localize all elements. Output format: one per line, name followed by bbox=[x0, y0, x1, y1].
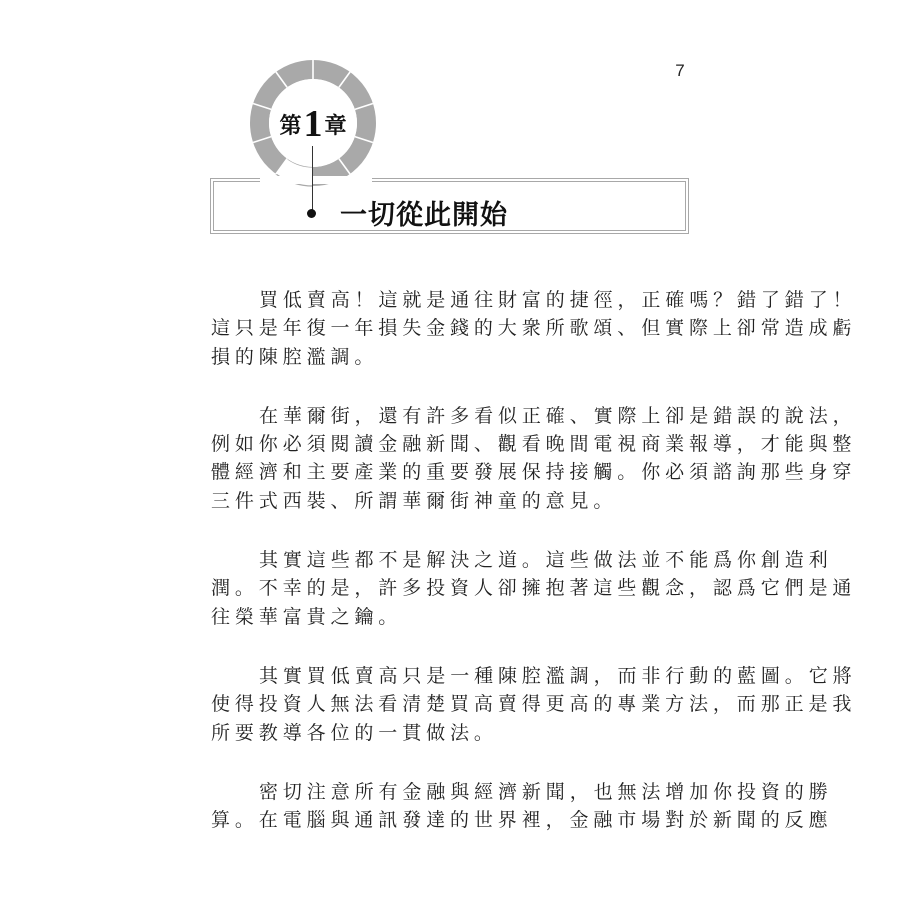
chapter-prefix: 第 bbox=[279, 113, 301, 139]
body-text: 買低賣高！這就是通往財富的捷徑，正確嗎？錯了錯了！ 這只是年復一年損失金錢的大衆… bbox=[211, 286, 701, 865]
text-line: 算。在電腦與通訊發達的世界裡，金融市場對於新聞的反應 bbox=[211, 806, 701, 834]
text-line: 三件式西裝、所謂華爾街神童的意見。 bbox=[211, 487, 701, 515]
chapter-title: 一切從此開始 bbox=[340, 193, 508, 232]
text-line: 所要教導各位的一貫做法。 bbox=[211, 719, 701, 747]
paragraph-5: 密切注意所有金融與經濟新聞，也無法增加你投資的勝 算。在電腦與通訊發達的世界裡，… bbox=[211, 778, 701, 835]
text-line: 體經濟和主要產業的重要發展保持接觸。你必須諮詢那些身穿 bbox=[211, 458, 701, 486]
bullet-dot-icon bbox=[307, 209, 316, 218]
paragraph-4: 其實買低賣高只是一種陳腔濫調，而非行動的藍圖。它將 使得投資人無法看清楚買高賣得… bbox=[211, 662, 701, 747]
chapter-badge: 第1章 bbox=[248, 58, 378, 188]
text-line: 例如你必須閱讀金融新聞、觀看晚間電視商業報導，才能與整 bbox=[211, 430, 701, 458]
text-line: 損的陳腔濫調。 bbox=[211, 343, 701, 371]
text-line: 使得投資人無法看清楚買高賣得更高的專業方法，而那正是我 bbox=[211, 690, 701, 718]
text-line: 在華爾街，還有許多看似正確、實際上卻是錯誤的說法， bbox=[211, 402, 701, 430]
page-number: 7 bbox=[672, 61, 688, 81]
paragraph-2: 在華爾街，還有許多看似正確、實際上卻是錯誤的說法， 例如你必須閱讀金融新聞、觀看… bbox=[211, 402, 701, 515]
text-line: 其實這些都不是解決之道。這些做法並不能爲你創造利 bbox=[211, 546, 701, 574]
text-line: 其實買低賣高只是一種陳腔濫調，而非行動的藍圖。它將 bbox=[211, 662, 701, 690]
text-line: 這只是年復一年損失金錢的大衆所歌頌、但實際上卻常造成虧 bbox=[211, 314, 701, 342]
paragraph-3: 其實這些都不是解決之道。這些做法並不能爲你創造利 潤。不幸的是，許多投資人卻擁抱… bbox=[211, 546, 701, 631]
text-line: 潤。不幸的是，許多投資人卻擁抱著這些觀念，認爲它們是通 bbox=[211, 574, 701, 602]
chapter-number: 1 bbox=[304, 103, 323, 145]
frame-gap bbox=[260, 176, 372, 184]
connector-line bbox=[312, 146, 313, 214]
text-line: 往榮華富貴之鑰。 bbox=[211, 603, 701, 631]
chapter-label: 第1章 bbox=[248, 102, 378, 146]
text-line: 密切注意所有金融與經濟新聞，也無法增加你投資的勝 bbox=[211, 778, 701, 806]
text-line: 買低賣高！這就是通往財富的捷徑，正確嗎？錯了錯了！ bbox=[211, 286, 701, 314]
chapter-suffix: 章 bbox=[325, 113, 347, 139]
paragraph-1: 買低賣高！這就是通往財富的捷徑，正確嗎？錯了錯了！ 這只是年復一年損失金錢的大衆… bbox=[211, 286, 701, 371]
